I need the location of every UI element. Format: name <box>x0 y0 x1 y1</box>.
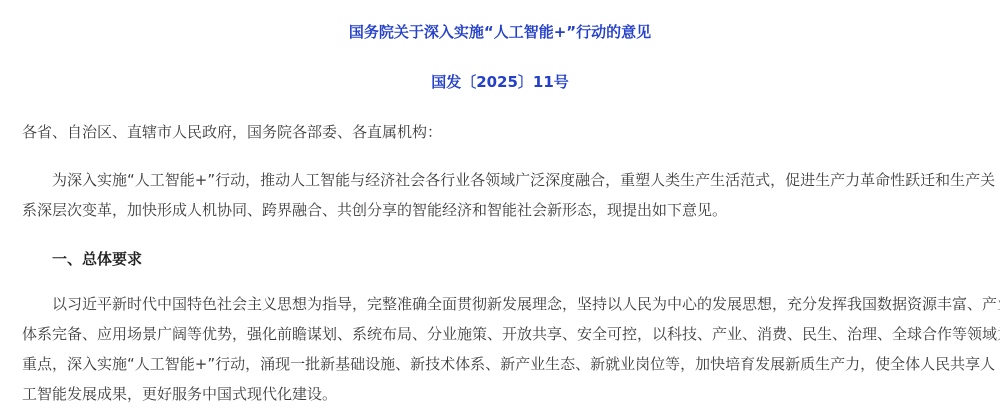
document-number: 国发〔2025〕11号 <box>0 71 1000 92</box>
section-line: 以习近平新时代中国特色社会主义思想为指导，完整准确全面贯彻新发展理念，坚持以人民… <box>52 294 1000 314</box>
document-title: 国务院关于深入实施“人工智能+”行动的意见 <box>0 21 1000 42</box>
intro-line: 系深层次变革，加快形成人机协同、跨界融合、共创分享的智能经济和智能社会新形态，现… <box>22 200 727 220</box>
addressee: 各省、自治区、直辖市人民政府，国务院各部委、各直属机构： <box>22 122 442 142</box>
section-line: 工智能发展成果，更好服务中国式现代化建设。 <box>22 384 337 404</box>
section-line: 重点，深入实施“人工智能+”行动，涌现一批新基础设施、新技术体系、新产业生态、新… <box>22 354 995 374</box>
intro-line: 为深入实施“人工智能+”行动，推动人工智能与经济社会各行业各领域广泛深度融合，重… <box>52 170 995 190</box>
section-line: 体系完备、应用场景广阔等优势，强化前瞻谋划、系统布局、分业施策、开放共享、安全可… <box>22 324 1000 344</box>
section-heading: 一、总体要求 <box>52 248 142 269</box>
